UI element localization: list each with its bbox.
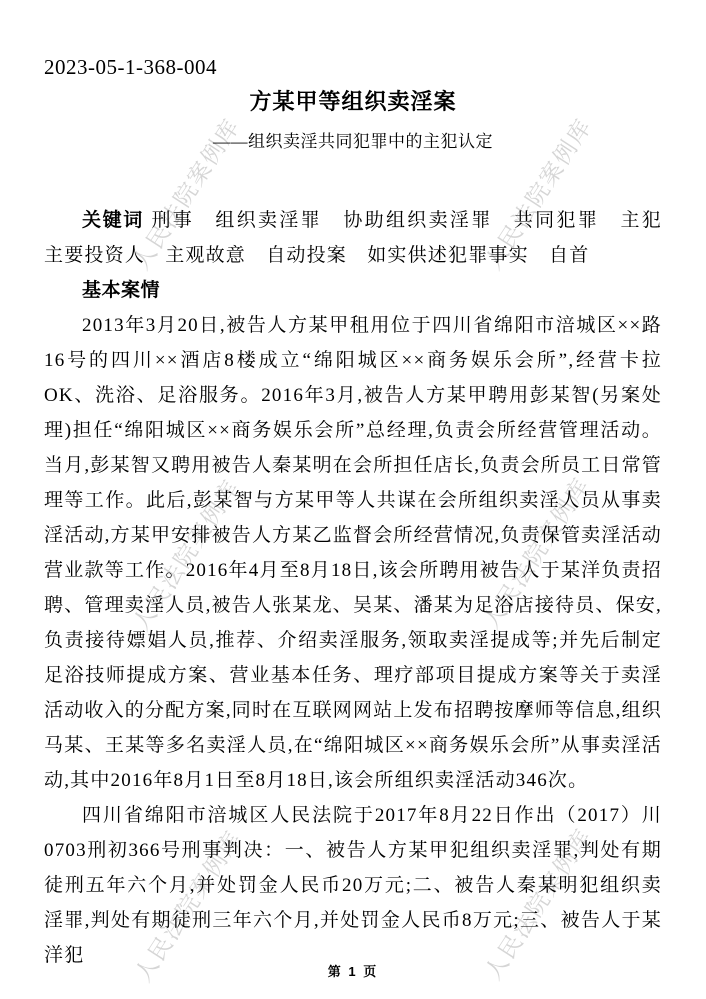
document-content: 2023-05-1-368-004 方某甲等组织卖淫案 ——组织卖淫共同犯罪中的…	[0, 0, 706, 973]
document-page: 人民法院案例库 人民法院案例库 人民法院案例库 人民法院案例库 人民法院案例库 …	[0, 0, 706, 999]
keywords-label: 关键词	[82, 210, 144, 231]
case-facts-paragraph-2: 四川省绵阳市涪城区人民法院于2017年8月22日作出（2017）川0703刑初3…	[44, 798, 662, 973]
section-heading-basic-facts: 基本案情	[44, 273, 662, 308]
case-subtitle: ——组织卖淫共同犯罪中的主犯认定	[44, 130, 662, 154]
case-title: 方某甲等组织卖淫案	[44, 88, 662, 116]
page-number-footer: 第 1 页	[0, 961, 706, 980]
case-number: 2023-05-1-368-004	[44, 55, 662, 79]
case-facts-paragraph-1: 2013年3月20日,被告人方某甲租用位于四川省绵阳市涪城区××路16号的四川×…	[44, 308, 662, 798]
keywords-line: 关键词刑事 组织卖淫罪 协助组织卖淫罪 共同犯罪 主犯 主要投资人 主观故意 自…	[44, 203, 662, 273]
